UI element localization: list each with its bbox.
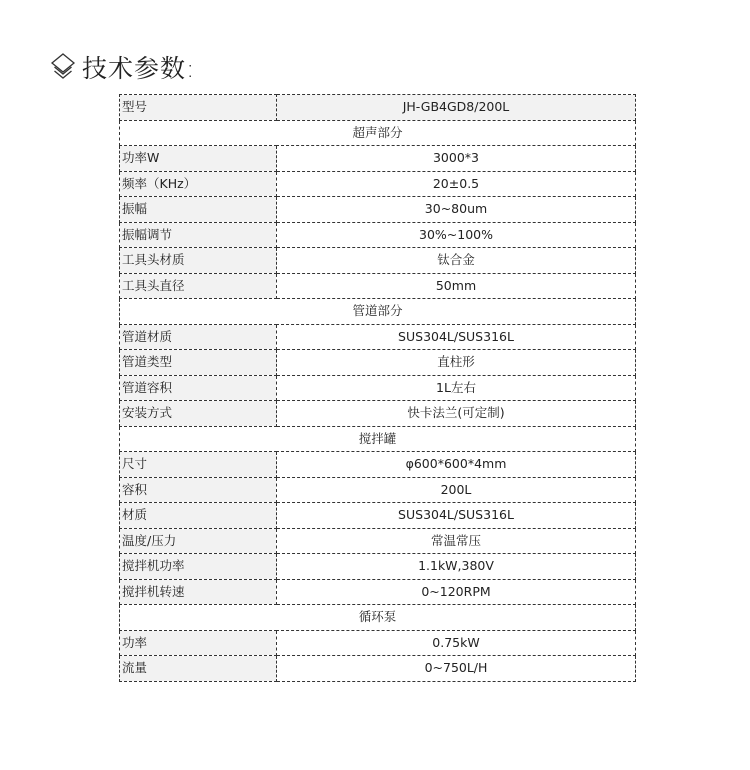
row-value: JH-GB4GD8/200L bbox=[277, 95, 636, 121]
row-value: φ600*600*4mm bbox=[277, 452, 636, 478]
row-label: 材质 bbox=[120, 503, 277, 529]
spec-table: 型号 JH-GB4GD8/200L 超声部分 功率W3000*3 频率（KHz）… bbox=[119, 94, 636, 682]
row-label: 振幅 bbox=[120, 197, 277, 223]
row-value: 0~120RPM bbox=[277, 579, 636, 605]
table-row: 流量0~750L/H bbox=[120, 656, 636, 682]
section-header-pump: 循环泵 bbox=[120, 605, 636, 631]
section-header-tank: 搅拌罐 bbox=[120, 426, 636, 452]
table-row: 频率（KHz）20±0.5 bbox=[120, 171, 636, 197]
section-heading: 技术参数: bbox=[50, 50, 195, 84]
row-label: 振幅调节 bbox=[120, 222, 277, 248]
row-value: 1L左右 bbox=[277, 375, 636, 401]
row-label: 流量 bbox=[120, 656, 277, 682]
table-row: 尺寸φ600*600*4mm bbox=[120, 452, 636, 478]
table-row: 搅拌机转速0~120RPM bbox=[120, 579, 636, 605]
table-row: 容积200L bbox=[120, 477, 636, 503]
row-value: 0~750L/H bbox=[277, 656, 636, 682]
row-value: 常温常压 bbox=[277, 528, 636, 554]
row-label: 型号 bbox=[120, 95, 277, 121]
row-label: 管道类型 bbox=[120, 350, 277, 376]
row-label: 工具头材质 bbox=[120, 248, 277, 274]
row-label: 搅拌机功率 bbox=[120, 554, 277, 580]
row-label: 安装方式 bbox=[120, 401, 277, 427]
row-value: 3000*3 bbox=[277, 146, 636, 172]
row-value: 30%~100% bbox=[277, 222, 636, 248]
table-row: 振幅30~80um bbox=[120, 197, 636, 223]
table-row: 功率0.75kW bbox=[120, 630, 636, 656]
table-row: 材质SUS304L/SUS316L bbox=[120, 503, 636, 529]
row-value: 50mm bbox=[277, 273, 636, 299]
row-label: 容积 bbox=[120, 477, 277, 503]
page-title: 技术参数: bbox=[82, 49, 195, 85]
table-row: 管道类型直柱形 bbox=[120, 350, 636, 376]
table-row: 管道容积1L左右 bbox=[120, 375, 636, 401]
section-header-pipeline: 管道部分 bbox=[120, 299, 636, 325]
row-value: 30~80um bbox=[277, 197, 636, 223]
row-label: 搅拌机转速 bbox=[120, 579, 277, 605]
row-label: 工具头直径 bbox=[120, 273, 277, 299]
row-value: 钛合金 bbox=[277, 248, 636, 274]
row-value: 直柱形 bbox=[277, 350, 636, 376]
row-label: 功率 bbox=[120, 630, 277, 656]
row-label: 管道容积 bbox=[120, 375, 277, 401]
row-value: SUS304L/SUS316L bbox=[277, 503, 636, 529]
table-row-model: 型号 JH-GB4GD8/200L bbox=[120, 95, 636, 121]
row-label: 管道材质 bbox=[120, 324, 277, 350]
table-row: 工具头材质钛合金 bbox=[120, 248, 636, 274]
row-label: 温度/压力 bbox=[120, 528, 277, 554]
row-value: SUS304L/SUS316L bbox=[277, 324, 636, 350]
table-row: 功率W3000*3 bbox=[120, 146, 636, 172]
table-row: 温度/压力常温常压 bbox=[120, 528, 636, 554]
section-title: 循环泵 bbox=[120, 605, 636, 631]
table-row: 工具头直径50mm bbox=[120, 273, 636, 299]
section-title: 超声部分 bbox=[120, 120, 636, 146]
row-value: 200L bbox=[277, 477, 636, 503]
row-value: 20±0.5 bbox=[277, 171, 636, 197]
table-row: 管道材质SUS304L/SUS316L bbox=[120, 324, 636, 350]
section-title: 管道部分 bbox=[120, 299, 636, 325]
row-label: 尺寸 bbox=[120, 452, 277, 478]
table-row: 振幅调节30%~100% bbox=[120, 222, 636, 248]
row-label: 功率W bbox=[120, 146, 277, 172]
section-title: 搅拌罐 bbox=[120, 426, 636, 452]
section-header-ultrasonic: 超声部分 bbox=[120, 120, 636, 146]
row-label: 频率（KHz） bbox=[120, 171, 277, 197]
layers-diamond-icon bbox=[50, 52, 76, 82]
table-row: 安装方式快卡法兰(可定制) bbox=[120, 401, 636, 427]
row-value: 0.75kW bbox=[277, 630, 636, 656]
table-row: 搅拌机功率1.1kW,380V bbox=[120, 554, 636, 580]
row-value: 快卡法兰(可定制) bbox=[277, 401, 636, 427]
row-value: 1.1kW,380V bbox=[277, 554, 636, 580]
